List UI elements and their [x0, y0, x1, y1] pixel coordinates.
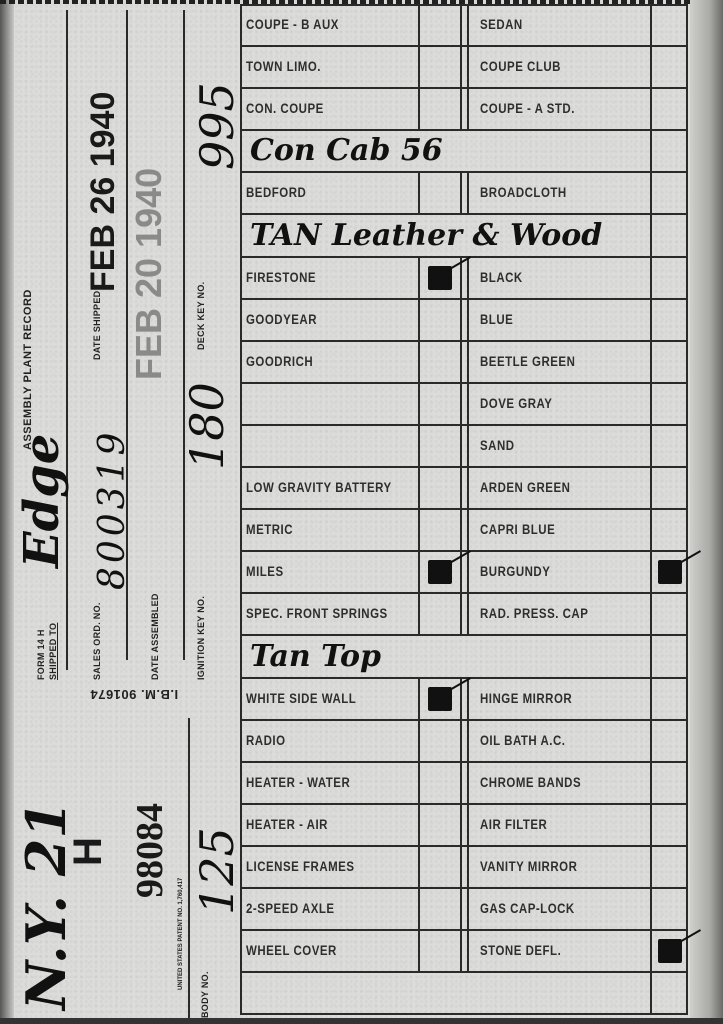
- option-label-left: CON. COUPE: [246, 88, 324, 130]
- column-double-divider: [460, 299, 462, 341]
- option-checkbox-left[interactable]: [420, 720, 460, 762]
- option-checkbox-right[interactable]: [652, 930, 688, 972]
- option-checkbox-left[interactable]: [420, 172, 460, 214]
- option-checkbox-left[interactable]: [420, 4, 460, 46]
- option-label-right: CAPRI BLUE: [480, 509, 555, 551]
- date-assembled-stamp: FEB 20 1940: [128, 168, 170, 380]
- handwritten-note: TAN Leather & Wood: [250, 215, 602, 257]
- grid-row: [240, 972, 688, 1014]
- deck-key-value: 180: [180, 382, 234, 470]
- serial-number: 98084: [128, 803, 172, 898]
- date-shipped-stamp: FEB 26 1940: [84, 92, 123, 292]
- option-checkbox-right[interactable]: [652, 467, 688, 509]
- column-double-divider: [460, 383, 462, 425]
- column-double-divider: [467, 257, 469, 299]
- column-double-divider: [467, 762, 469, 804]
- option-checkbox-right[interactable]: [652, 4, 688, 46]
- column-double-divider: [467, 299, 469, 341]
- option-label-left: HEATER - WATER: [246, 762, 350, 804]
- option-label-right: OIL BATH A.C.: [480, 720, 565, 762]
- column-double-divider: [460, 467, 462, 509]
- option-checkbox-right[interactable]: [652, 551, 688, 593]
- date-assembled-label: DATE ASSEMBLED: [150, 593, 160, 680]
- grid-row: FIRESTONEBLACK: [240, 257, 688, 299]
- option-checkbox-left[interactable]: [420, 257, 460, 299]
- column-double-divider: [467, 678, 469, 720]
- ignition-key-label: IGNITION KEY NO.: [196, 596, 206, 680]
- column-double-divider: [460, 172, 462, 214]
- option-label-right: STONE DEFL.: [480, 930, 561, 972]
- option-label-right: AIR FILTER: [480, 804, 547, 846]
- option-label-right: CHROME BANDS: [480, 762, 581, 804]
- option-checkbox-right[interactable]: [652, 425, 688, 467]
- column-double-divider: [460, 509, 462, 551]
- option-label-right: VANITY MIRROR: [480, 846, 577, 888]
- option-label-right: SEDAN: [480, 4, 523, 46]
- option-label-right: SAND: [480, 425, 515, 467]
- grid-row: LICENSE FRAMESVANITY MIRROR: [240, 846, 688, 888]
- option-label-left: GOODYEAR: [246, 299, 317, 341]
- grid-row: Tan Top: [240, 636, 688, 678]
- option-label-left: WHITE SIDE WALL: [246, 678, 356, 720]
- column-double-divider: [467, 425, 469, 467]
- ibm-number: I.B.M. 901674: [90, 688, 178, 700]
- grid-row: MILESBURGUNDY: [240, 551, 688, 593]
- option-label-right: COUPE CLUB: [480, 46, 561, 88]
- date-shipped-label: DATE SHIPPED: [92, 291, 102, 360]
- option-checkbox-right[interactable]: [652, 593, 688, 635]
- grid-row: RADIOOIL BATH A.C.: [240, 720, 688, 762]
- grid-row: 2-SPEED AXLEGAS CAP-LOCK: [240, 888, 688, 930]
- column-double-divider: [467, 888, 469, 930]
- column-double-divider: [467, 804, 469, 846]
- row-divider: [240, 1013, 688, 1015]
- column-double-divider: [467, 341, 469, 383]
- column-double-divider: [460, 593, 462, 635]
- column-double-divider: [467, 172, 469, 214]
- column-double-divider: [467, 593, 469, 635]
- left-panel-divider-1: [66, 10, 68, 670]
- grid-row: GOODRICHBEETLE GREEN: [240, 341, 688, 383]
- grid-row: WHEEL COVERSTONE DEFL.: [240, 930, 688, 972]
- option-checkbox-left[interactable]: [420, 678, 460, 720]
- option-checkbox-left[interactable]: [420, 846, 460, 888]
- assembly-plant-record-title: ASSEMBLY PLANT RECORD: [22, 289, 34, 450]
- option-label-left: TOWN LIMO.: [246, 46, 321, 88]
- option-checkbox-right[interactable]: [652, 341, 688, 383]
- option-label-left: COUPE - B AUX: [246, 4, 339, 46]
- top-handwritten-value: 995: [190, 82, 244, 170]
- column-double-divider: [467, 4, 469, 46]
- option-checkbox-left[interactable]: [420, 299, 460, 341]
- option-checkbox-left[interactable]: [420, 888, 460, 930]
- option-checkbox-left[interactable]: [420, 593, 460, 635]
- option-checkbox-left[interactable]: [420, 509, 460, 551]
- option-checkbox-left[interactable]: [420, 88, 460, 130]
- option-checkbox-left[interactable]: [420, 551, 460, 593]
- option-label-right: BURGUNDY: [480, 551, 550, 593]
- column-double-divider: [460, 846, 462, 888]
- handwritten-code: N.Y. 21: [14, 801, 78, 1010]
- column-double-divider: [460, 4, 462, 46]
- option-checkbox-right[interactable]: [652, 257, 688, 299]
- option-label-left: MILES: [246, 551, 284, 593]
- grid-row: SAND: [240, 425, 688, 467]
- grid-row: GOODYEARBLUE: [240, 299, 688, 341]
- column-double-divider: [467, 930, 469, 972]
- option-checkbox-right[interactable]: [652, 846, 688, 888]
- grid-row: WHITE SIDE WALLHINGE MIRROR: [240, 678, 688, 720]
- option-label-right: BLACK: [480, 257, 523, 299]
- column-double-divider: [460, 46, 462, 88]
- option-checkbox-right[interactable]: [652, 678, 688, 720]
- option-checkbox-right[interactable]: [652, 720, 688, 762]
- column-double-divider: [467, 509, 469, 551]
- shipped-to-label: SHIPPED TO: [48, 623, 58, 680]
- handwritten-note: Tan Top: [250, 636, 381, 678]
- option-checkbox-left[interactable]: [420, 341, 460, 383]
- column-double-divider: [460, 425, 462, 467]
- column-double-divider: [467, 46, 469, 88]
- grid-row: SPEC. FRONT SPRINGSRAD. PRESS. CAP: [240, 593, 688, 635]
- form-number: FORM 14 H: [36, 629, 46, 680]
- option-label-left: RADIO: [246, 720, 286, 762]
- option-label-right: BEETLE GREEN: [480, 341, 575, 383]
- column-double-divider: [467, 846, 469, 888]
- option-checkbox-right[interactable]: [652, 88, 688, 130]
- option-label-left: GOODRICH: [246, 341, 313, 383]
- column-double-divider: [467, 383, 469, 425]
- option-label-left: WHEEL COVER: [246, 930, 337, 972]
- column-double-divider: [460, 804, 462, 846]
- option-label-right: DOVE GRAY: [480, 383, 552, 425]
- column-double-divider: [460, 762, 462, 804]
- option-label-left: LICENSE FRAMES: [246, 846, 355, 888]
- handwritten-note: Con Cab 56: [250, 130, 443, 172]
- option-checkbox-right[interactable]: [652, 804, 688, 846]
- body-no-label: BODY NO.: [200, 971, 210, 1018]
- sales-ord-value: 800319: [92, 429, 133, 590]
- option-label-left: FIRESTONE: [246, 257, 316, 299]
- option-label-right: BROADCLOTH: [480, 172, 567, 214]
- column-double-divider: [460, 720, 462, 762]
- sales-ord-label: SALES ORD. NO.: [92, 602, 102, 680]
- option-checkbox-right[interactable]: [652, 762, 688, 804]
- option-checkbox-right[interactable]: [652, 299, 688, 341]
- option-checkbox-right[interactable]: [652, 46, 688, 88]
- grid-row: CON. COUPECOUPE - A STD.: [240, 88, 688, 130]
- option-label-right: ARDEN GREEN: [480, 467, 570, 509]
- option-label-left: 2-SPEED AXLE: [246, 888, 335, 930]
- column-double-divider: [460, 341, 462, 383]
- option-checkbox-left[interactable]: [420, 383, 460, 425]
- patent-text: UNITED STATES PATENT NO. 1,760,417: [178, 878, 184, 990]
- column-double-divider: [460, 930, 462, 972]
- option-label-right: RAD. PRESS. CAP: [480, 593, 588, 635]
- deck-key-label: DECK KEY NO.: [196, 282, 206, 350]
- column-double-divider: [460, 88, 462, 130]
- column-double-divider: [467, 720, 469, 762]
- grid-row: HEATER - AIRAIR FILTER: [240, 804, 688, 846]
- grid-row: LOW GRAVITY BATTERYARDEN GREEN: [240, 467, 688, 509]
- column-double-divider: [467, 551, 469, 593]
- card-right-edge: [690, 0, 723, 1024]
- left-panel-divider-3: [183, 10, 185, 660]
- shipped-to-value: Edge: [14, 434, 70, 568]
- column-double-divider: [467, 467, 469, 509]
- option-checkbox-left[interactable]: [420, 930, 460, 972]
- column-double-divider: [460, 888, 462, 930]
- grid-row: DOVE GRAY: [240, 383, 688, 425]
- grid-row: METRICCAPRI BLUE: [240, 509, 688, 551]
- option-checkbox-left[interactable]: [420, 804, 460, 846]
- option-checkbox-right[interactable]: [652, 509, 688, 551]
- option-checkbox-left[interactable]: [420, 46, 460, 88]
- option-label-left: SPEC. FRONT SPRINGS: [246, 593, 388, 635]
- option-label-left: HEATER - AIR: [246, 804, 328, 846]
- grid-row: Con Cab 56: [240, 130, 688, 172]
- ignition-key-value: 125: [190, 827, 244, 915]
- grid-top-border: [240, 4, 688, 6]
- option-checkbox-left[interactable]: [420, 467, 460, 509]
- option-label-right: COUPE - A STD.: [480, 88, 575, 130]
- grid-row: COUPE - B AUXSEDAN: [240, 4, 688, 46]
- grid-row: TAN Leather & Wood: [240, 215, 688, 257]
- option-label-left: METRIC: [246, 509, 293, 551]
- option-label-right: HINGE MIRROR: [480, 678, 572, 720]
- option-checkbox-right[interactable]: [652, 383, 688, 425]
- card-bottom-shadow: [0, 1018, 723, 1024]
- column-double-divider: [467, 88, 469, 130]
- grid-row: TOWN LIMO.COUPE CLUB: [240, 46, 688, 88]
- option-checkbox-left[interactable]: [420, 762, 460, 804]
- card-left-edge: [0, 0, 14, 1024]
- option-checkbox-left[interactable]: [420, 425, 460, 467]
- grid-row: BEDFORDBROADCLOTH: [240, 172, 688, 214]
- option-checkbox-right[interactable]: [652, 888, 688, 930]
- option-label-left: LOW GRAVITY BATTERY: [246, 467, 392, 509]
- grid-row: HEATER - WATERCHROME BANDS: [240, 762, 688, 804]
- option-label-right: GAS CAP-LOCK: [480, 888, 575, 930]
- option-label-right: BLUE: [480, 299, 513, 341]
- option-label-left: BEDFORD: [246, 172, 306, 214]
- option-checkbox-right[interactable]: [652, 172, 688, 214]
